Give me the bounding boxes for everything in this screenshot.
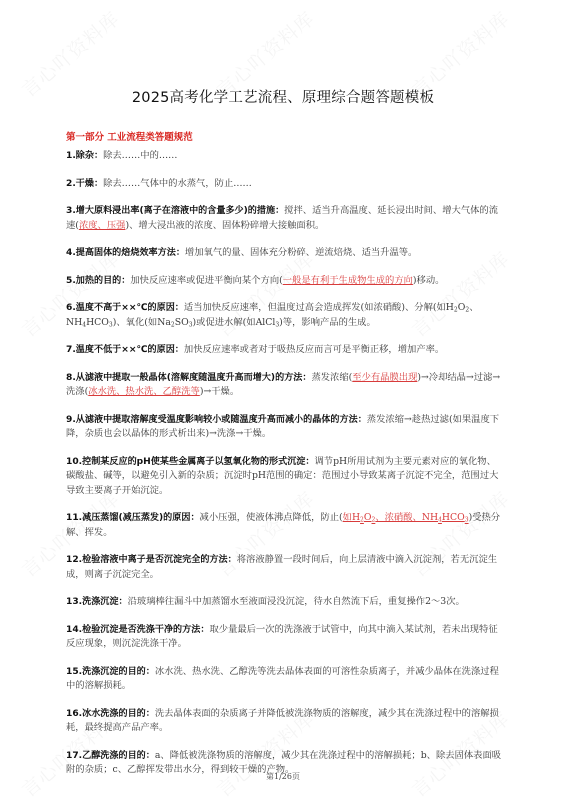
item-title: 15.洗涤沉淀的目的： — [66, 667, 155, 677]
body-text: )或促进水解(如AlCl — [193, 317, 276, 328]
item-title: 13.洗涤沉淀： — [66, 597, 128, 607]
highlight-text: 至少有晶膜出现 — [352, 372, 417, 383]
item-title: 12.检验溶液中离子是否沉淀完全的方法： — [66, 555, 237, 565]
item-title: 8.从滤液中提取一般晶体(溶解度随温度升高而增大)的方法： — [66, 373, 311, 383]
list-item: 15.洗涤沉淀的目的：冰水洗、热水洗、乙醇洗等洗去晶体表面的可溶性杂质离子，并减… — [66, 665, 502, 694]
highlight-text: 一般是有利于生成物生成的方向 — [283, 275, 413, 286]
item-body: 除去……气体中的水蒸气，防止…… — [103, 178, 252, 189]
body-text: )移动。 — [413, 275, 445, 286]
body-text: )、增大浸出液的浓度、固体粉碎增大接触面积。 — [125, 220, 324, 231]
item-body: 加快反应速率或促进平衡向某个方向(一般是有利于生成物生成的方向)移动。 — [130, 275, 444, 286]
list-item: 4.提高固体的焙烧效率方法：增加氧气的量、固体充分粉碎、逆流焙烧、适当升温等。 — [66, 246, 502, 261]
list-item: 11.减压蒸馏(减压蒸发)的原因：减小压强，使液体沸点降低，防止(如H2O2、浓… — [66, 511, 502, 540]
item-title: 10.控制某反应的pH使某些金属离子以氢氧化物的形式沉淀： — [66, 457, 314, 467]
body-text: 除去……中的…… — [103, 150, 177, 161]
body-text: 适当加快反应速率，但温度过高会造成挥发(如浓硝酸)、分解(如H — [184, 302, 454, 313]
body-text: SO — [175, 317, 189, 328]
list-item: 9.从滤液中提取溶解度受温度影响较小或随温度升高而减小的晶体的方法：蒸发浓缩→趁… — [66, 413, 502, 442]
item-title: 1.除杂： — [66, 151, 103, 161]
body-text: HCO — [86, 317, 109, 328]
list-item: 5.加热的目的：加快反应速率或促进平衡向某个方向(一般是有利于生成物生成的方向)… — [66, 274, 502, 289]
item-list: 1.除杂：除去……中的……2.干燥：除去……气体中的水蒸气，防止……3.增大原料… — [66, 149, 502, 791]
item-title: 16.冰水洗涤的目的： — [66, 709, 155, 719]
document-page: 2025高考化学工艺流程、原理综合题答题模板 第一部分 工业流程类答题规范 1.… — [0, 0, 566, 800]
list-item: 3.增大原料浸出率(离子在溶液中的含量多少)的措施：搅拌、适当升高温度、延长浸出… — [66, 204, 502, 233]
highlight-text: HCO — [442, 512, 465, 523]
highlight-text: 冰水洗、热水洗、乙醇洗等 — [88, 386, 200, 397]
page-number: 第1/26页 — [0, 771, 566, 782]
item-title: 9.从滤液中提取溶解度受温度影响较小或随温度升高而减小的晶体的方法： — [66, 415, 367, 425]
list-item: 12.检验溶液中离子是否沉淀完全的方法：将溶液静置一段时间后，向上层清液中滴入沉… — [66, 553, 502, 582]
highlight-text: O — [364, 512, 372, 523]
item-title: 7.温度不低于××℃的原因： — [66, 345, 184, 355]
list-item: 14.检验沉淀是否洗涤干净的方法：取少量最后一次的洗涤液于试管中，向其中滴入某试… — [66, 623, 502, 652]
item-body: 加快反应速率或者对于吸热反应而言可是平衡正移，增加产率。 — [184, 344, 444, 355]
body-text: 加快反应速率或促进平衡向某个方向( — [130, 275, 282, 286]
list-item: 1.除杂：除去……中的…… — [66, 149, 502, 164]
item-title: 6.温度不高于××℃的原因： — [66, 303, 184, 313]
body-text: 增加氧气的量、固体充分粉碎、逆流焙烧、适当升温等。 — [185, 247, 417, 258]
item-title: 3.增大原料浸出率(离子在溶液中的含量多少)的措施： — [66, 206, 284, 216]
list-item: 13.洗涤沉淀：沿玻璃棒往漏斗中加蒸馏水至液面浸没沉淀，待水自然流下后，重复操作… — [66, 595, 502, 610]
item-body: 沿玻璃棒往漏斗中加蒸馏水至液面浸没沉淀，待水自然流下后，重复操作2～3次。 — [128, 596, 465, 607]
highlight-text: 、浓硝酸、NH — [375, 512, 438, 523]
list-item: 7.温度不低于××℃的原因：加快反应速率或者对于吸热反应而言可是平衡正移，增加产… — [66, 343, 502, 358]
item-title: 14.检验沉淀是否洗涤干净的方法： — [66, 625, 209, 635]
item-title: 17.乙醇洗涤的目的： — [66, 751, 155, 761]
item-title: 4.提高固体的焙烧效率方法： — [66, 248, 185, 258]
item-body: 增加氧气的量、固体充分粉碎、逆流焙烧、适当升温等。 — [185, 247, 417, 258]
item-title: 11.减压蒸馏(减压蒸发)的原因： — [66, 513, 200, 523]
item-title: 2.干燥： — [66, 179, 103, 189]
body-text: 沿玻璃棒往漏斗中加蒸馏水至液面浸没沉淀，待水自然流下后，重复操作2～3次。 — [128, 596, 465, 607]
list-item: 8.从滤液中提取一般晶体(溶解度随温度升高而增大)的方法：蒸发浓缩(至少有晶膜出… — [66, 371, 502, 400]
list-item: 2.干燥：除去……气体中的水蒸气，防止…… — [66, 177, 502, 192]
body-text: )→干燥。 — [200, 386, 239, 397]
body-text: )等，影响产品的生成。 — [279, 317, 376, 328]
section-heading: 第一部分 工业流程类答题规范 — [66, 129, 193, 143]
document-title: 2025高考化学工艺流程、原理综合题答题模板 — [0, 86, 566, 107]
list-item: 10.控制某反应的pH使某些金属离子以氢氧化物的形式沉淀：调节pH所用试剂为主要… — [66, 455, 502, 499]
item-title: 5.加热的目的： — [66, 276, 130, 286]
highlight-text: 如H — [343, 512, 360, 523]
body-text: 除去……气体中的水蒸气，防止…… — [103, 178, 252, 189]
body-text: 加快反应速率或者对于吸热反应而言可是平衡正移，增加产率。 — [184, 344, 444, 355]
item-body: 除去……中的…… — [103, 150, 177, 161]
highlight-text: 浓度、压强 — [79, 220, 126, 231]
list-item: 16.冰水洗涤的目的：洗去晶体表面的杂质离子并降低被洗涤物质的溶解度，减少其在洗… — [66, 707, 502, 736]
body-text: 蒸发浓缩( — [311, 372, 352, 383]
body-text: 减小压强，使液体沸点降低，防止( — [200, 512, 343, 523]
body-text: )、氧化(如Na — [113, 317, 171, 328]
list-item: 6.温度不高于××℃的原因：适当加快反应速率，但温度过高会造成挥发(如浓硝酸)、… — [66, 301, 502, 330]
